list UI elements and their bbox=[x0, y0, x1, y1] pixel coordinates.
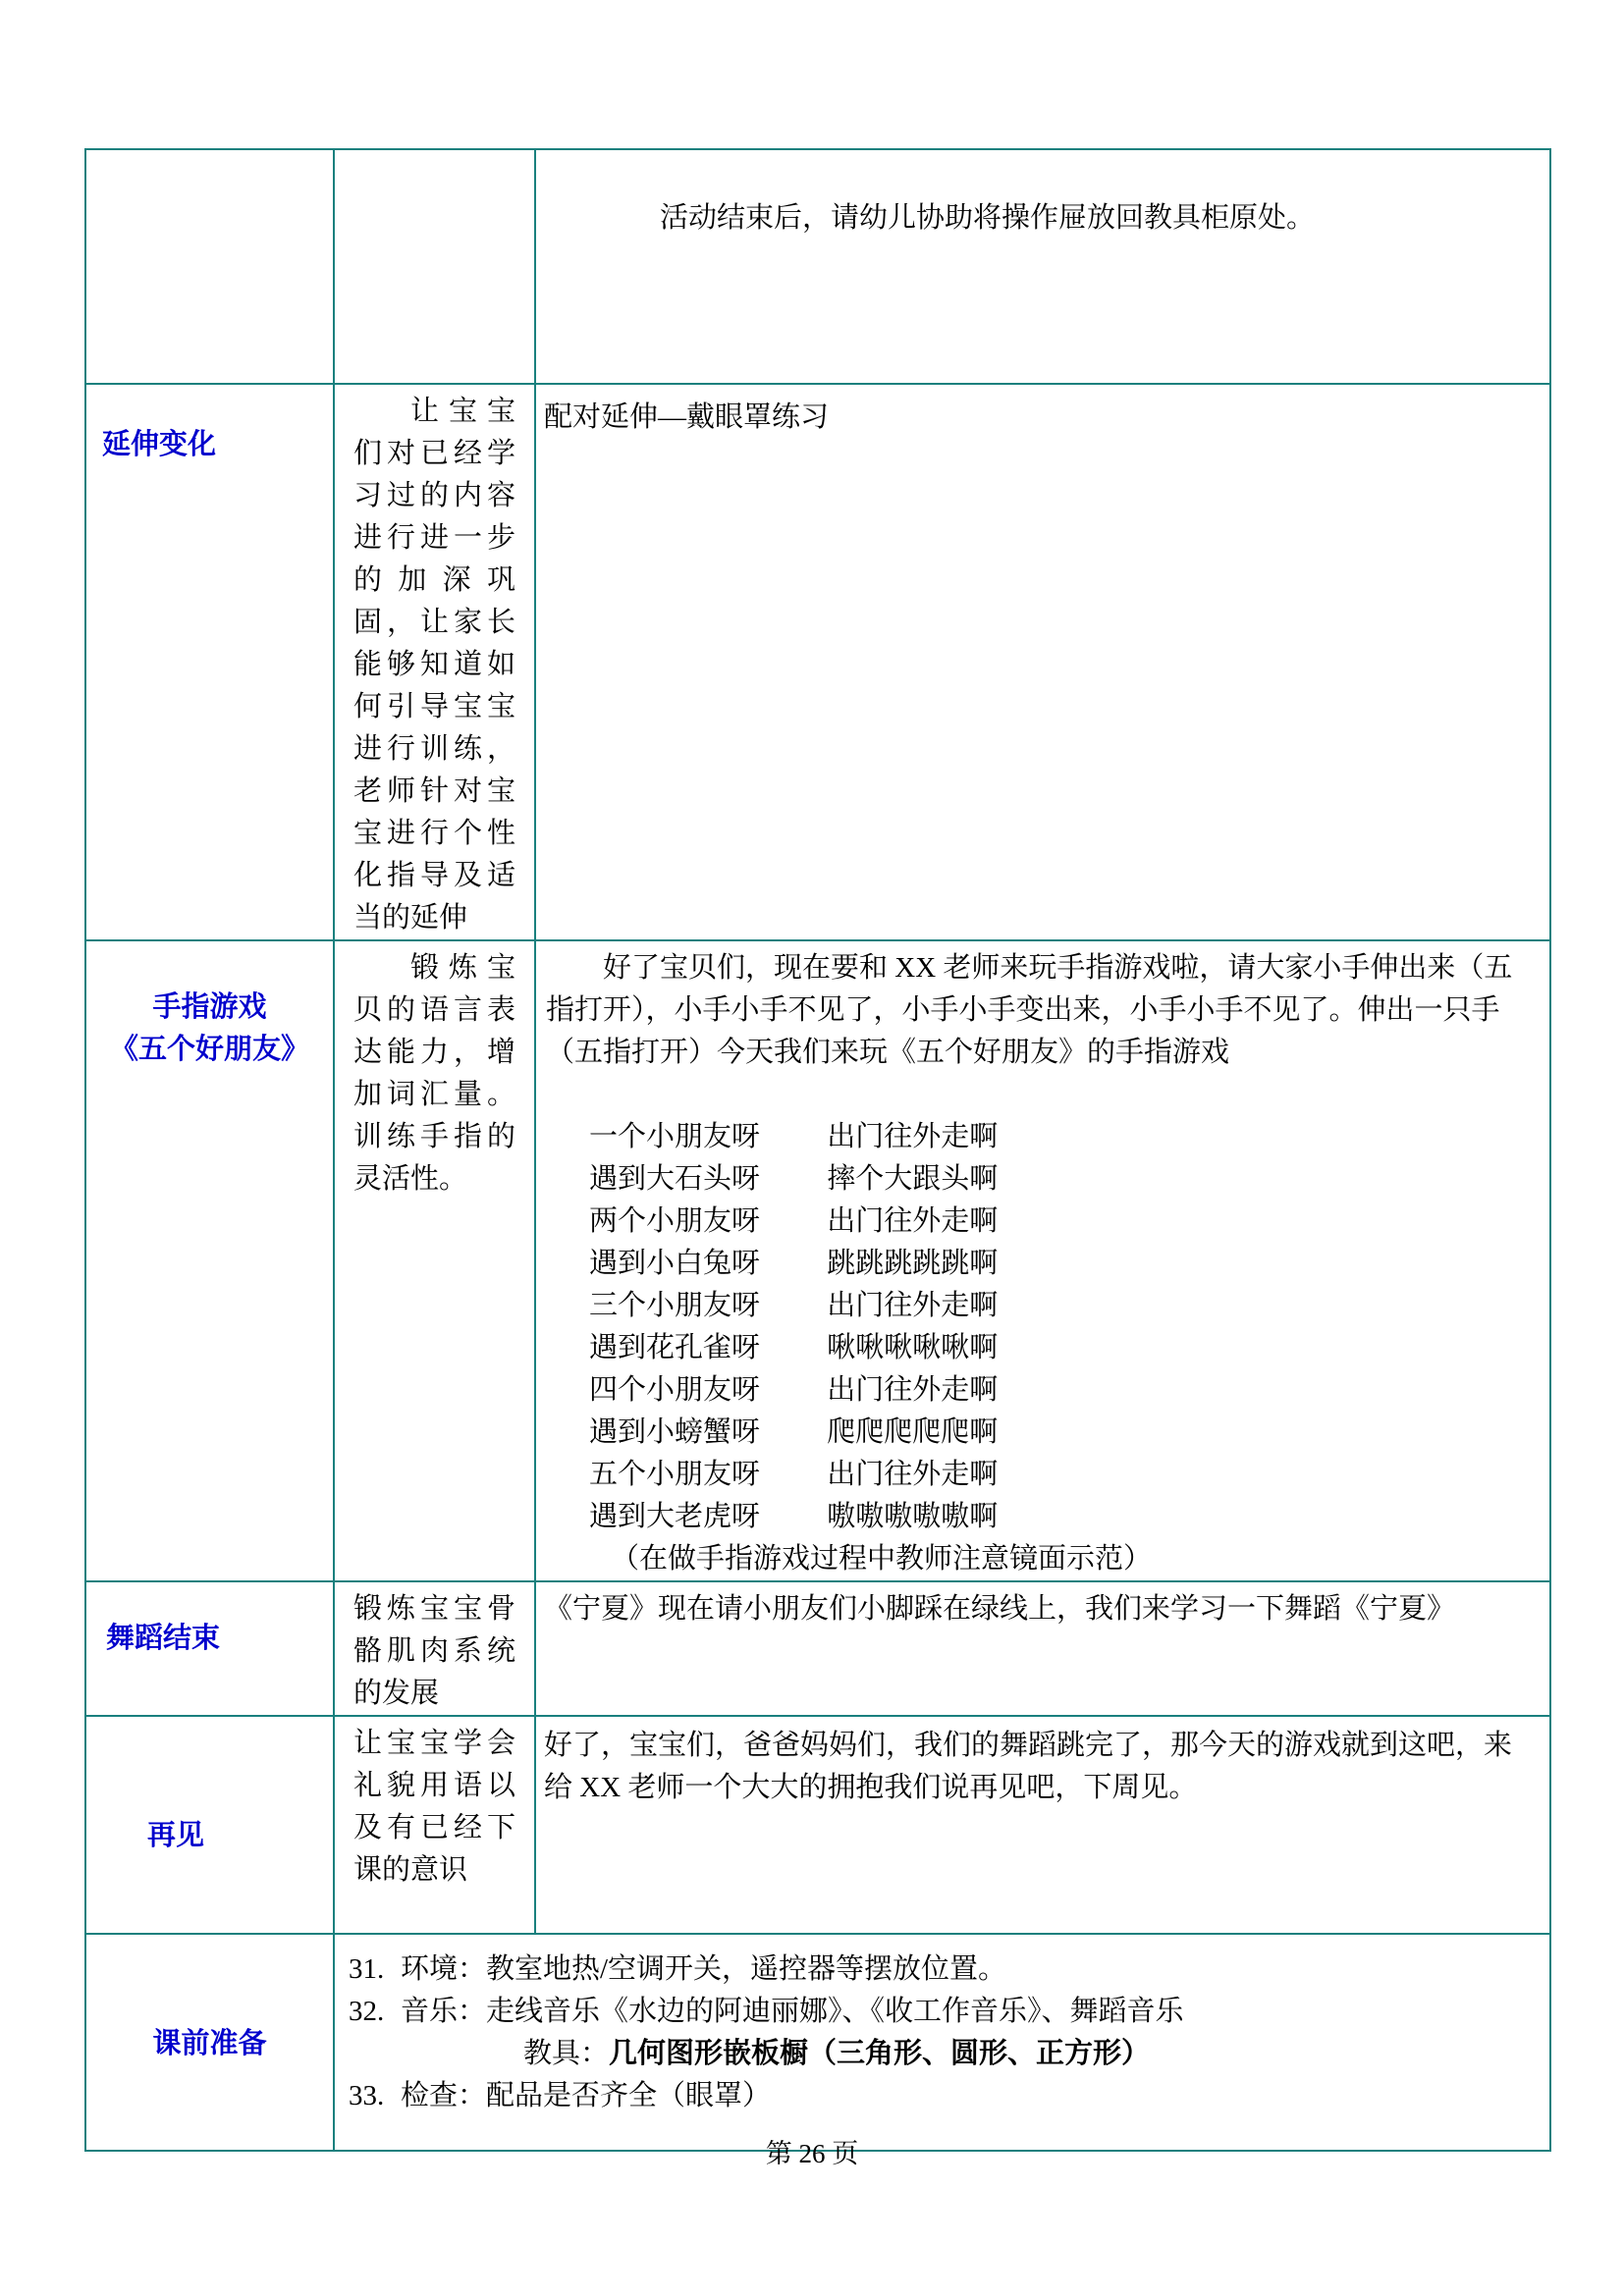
rhyme-call: 遇到大老虎呀 bbox=[589, 1496, 820, 1538]
rhyme-response: 出门往外走啊 bbox=[827, 1459, 998, 1490]
page: { "colors": { "table_border": "#1A807E",… bbox=[0, 0, 1624, 2296]
prep-item-number: 33. bbox=[349, 2075, 401, 2117]
header-cell-dance-end: 舞蹈结束 bbox=[85, 1581, 334, 1716]
goodbye-text: 好了，宝宝们，爸爸妈妈们，我们的舞蹈跳完了，那今天的游戏就到这吧，来给 XX 老… bbox=[544, 1730, 1512, 1803]
rhyme-call: 两个小朋友呀 bbox=[589, 1201, 820, 1243]
page-number: 第 26 页 bbox=[0, 2132, 1624, 2170]
rhyme-line: 一个小朋友呀 出门往外走啊 bbox=[546, 1116, 1534, 1158]
prep-item-text: 音乐：走线音乐《水边的阿迪丽娜》、《收工作音乐》、舞蹈音乐 bbox=[401, 1996, 1184, 2027]
rhyme-line: 遇到花孔雀呀 啾啾啾啾啾啊 bbox=[546, 1327, 1534, 1369]
prep-item: 教具：几何图形嵌板橱（三角形、圆形、正方形） bbox=[349, 2033, 1530, 2075]
rhyme-response: 摔个大跟头啊 bbox=[827, 1163, 998, 1195]
rhyme-line: 五个小朋友呀 出门往外走啊 bbox=[546, 1454, 1534, 1496]
rhyme-response: 爬爬爬爬爬啊 bbox=[827, 1416, 998, 1448]
lesson-plan-table: 活动结束后，请幼儿协助将操作屉放回教具柜原处。 延伸变化 让宝宝们对已经学习过的… bbox=[84, 148, 1551, 2152]
objective-cell-goodbye: 让宝宝学会礼貌用语以及有已经下课的意识 bbox=[334, 1716, 535, 1934]
rhyme-response: 出门往外走啊 bbox=[827, 1290, 998, 1321]
content-cell-finger-game: 好了宝贝们，现在要和 XX 老师来玩手指游戏啦，请大家小手伸出来（五指打开），小… bbox=[535, 940, 1550, 1581]
rhyme-call: 遇到小螃蟹呀 bbox=[589, 1412, 820, 1454]
table-row-dance-end: 舞蹈结束 锻炼宝宝骨骼肌肉系统的发展 《宁夏》现在请小朋友们小脚踩在绿线上，我们… bbox=[85, 1581, 1550, 1716]
table-row-goodbye: 再见 让宝宝学会礼貌用语以及有已经下课的意识 好了，宝宝们，爸爸妈妈们，我们的舞… bbox=[85, 1716, 1550, 1934]
rhyme-line: 遇到小螃蟹呀 爬爬爬爬爬啊 bbox=[546, 1412, 1534, 1454]
header-cell-finger-game: 手指游戏 《五个好朋友》 bbox=[85, 940, 334, 1581]
rhyme-call: 遇到小白兔呀 bbox=[589, 1243, 820, 1285]
table-row-extension: 延伸变化 让宝宝们对已经学习过的内容进行进一步的加深巩固，让家长能够知道如何引导… bbox=[85, 384, 1550, 940]
rhyme-line: 遇到大石头呀 摔个大跟头啊 bbox=[546, 1158, 1534, 1201]
objective-cell-extension: 让宝宝们对已经学习过的内容进行进一步的加深巩固，让家长能够知道如何引导宝宝进行训… bbox=[334, 384, 535, 940]
objective-cell-empty bbox=[334, 149, 535, 384]
prep-item-label: 教具： bbox=[523, 2038, 609, 2069]
prep-item-number: 32. bbox=[349, 1991, 401, 2033]
content-cell-preparation: 31.环境：教室地热/空调开关，遥控器等摆放位置。 32.音乐：走线音乐《水边的… bbox=[334, 1934, 1550, 2151]
table-row-finger-game: 手指游戏 《五个好朋友》 锻炼宝贝的语言表达能力，增加词汇量。训练手指的灵活性。… bbox=[85, 940, 1550, 1581]
prep-item: 32.音乐：走线音乐《水边的阿迪丽娜》、《收工作音乐》、舞蹈音乐 bbox=[349, 1991, 1530, 2033]
rhyme-response: 出门往外走啊 bbox=[827, 1374, 998, 1406]
rhyme-line: 四个小朋友呀 出门往外走啊 bbox=[546, 1369, 1534, 1412]
dance-end-text: 《宁夏》现在请小朋友们小脚踩在绿线上，我们来学习一下舞蹈《宁夏》 bbox=[544, 1593, 1455, 1625]
rhyme-line: 三个小朋友呀 出门往外走啊 bbox=[546, 1285, 1534, 1327]
activity-end-text: 活动结束后，请幼儿协助将操作屉放回教具柜原处。 bbox=[660, 202, 1315, 234]
content-cell-activity-end: 活动结束后，请幼儿协助将操作屉放回教具柜原处。 bbox=[535, 149, 1550, 384]
header-cell-preparation: 课前准备 bbox=[85, 1934, 334, 2151]
content-cell-dance-end: 《宁夏》现在请小朋友们小脚踩在绿线上，我们来学习一下舞蹈《宁夏》 bbox=[535, 1581, 1550, 1716]
rhyme-line: 遇到小白兔呀 跳跳跳跳跳啊 bbox=[546, 1243, 1534, 1285]
rhyme-response: 啾啾啾啾啾啊 bbox=[827, 1332, 998, 1363]
rhyme-line: 两个小朋友呀 出门往外走啊 bbox=[546, 1201, 1534, 1243]
rhyme-response: 嗷嗷嗷嗷嗷啊 bbox=[827, 1501, 998, 1532]
rhyme-call: 三个小朋友呀 bbox=[589, 1285, 820, 1327]
prep-item-text: 环境：教室地热/空调开关，遥控器等摆放位置。 bbox=[401, 1953, 1006, 1985]
finger-game-intro: 好了宝贝们，现在要和 XX 老师来玩手指游戏啦，请大家小手伸出来（五指打开），小… bbox=[546, 947, 1534, 1074]
prep-item-text: 检查：配品是否齐全（眼罩） bbox=[401, 2080, 771, 2111]
prep-item-text-bold: 几何图形嵌板橱（三角形、圆形、正方形） bbox=[609, 2038, 1150, 2069]
rhyme-call: 遇到花孔雀呀 bbox=[589, 1327, 820, 1369]
rhyme-call: 一个小朋友呀 bbox=[589, 1116, 820, 1158]
objective-cell-dance-end: 锻炼宝宝骨骼肌肉系统的发展 bbox=[334, 1581, 535, 1716]
table-row-activity-end: 活动结束后，请幼儿协助将操作屉放回教具柜原处。 bbox=[85, 149, 1550, 384]
pairing-extension-text: 配对延伸—戴眼罩练习 bbox=[544, 401, 829, 433]
rhyme-response: 跳跳跳跳跳啊 bbox=[827, 1248, 998, 1279]
objective-cell-finger-game: 锻炼宝贝的语言表达能力，增加词汇量。训练手指的灵活性。 bbox=[334, 940, 535, 1581]
rhyme-call: 五个小朋友呀 bbox=[589, 1454, 820, 1496]
rhyme-response: 出门往外走啊 bbox=[827, 1205, 998, 1237]
rhyme-call: 遇到大石头呀 bbox=[589, 1158, 820, 1201]
rhyme-line: 遇到大老虎呀 嗷嗷嗷嗷嗷啊 bbox=[546, 1496, 1534, 1538]
rhyme-call: 四个小朋友呀 bbox=[589, 1369, 820, 1412]
prep-item: 33.检查：配品是否齐全（眼罩） bbox=[349, 2075, 1530, 2117]
finger-game-subtitle: 《五个好朋友》 bbox=[90, 1029, 329, 1071]
content-cell-goodbye: 好了，宝宝们，爸爸妈妈们，我们的舞蹈跳完了，那今天的游戏就到这吧，来给 XX 老… bbox=[535, 1716, 1550, 1934]
prep-item-number: 31. bbox=[349, 1949, 401, 1991]
rhyme-block: 一个小朋友呀 出门往外走啊 遇到大石头呀 摔个大跟头啊 两个小朋友呀 出门往外走… bbox=[546, 1116, 1534, 1538]
header-cell-extension: 延伸变化 bbox=[85, 384, 334, 940]
content-cell-extension: 配对延伸—戴眼罩练习 bbox=[535, 384, 1550, 940]
mirror-demo-note: （在做手指游戏过程中教师注意镜面示范） bbox=[546, 1538, 1534, 1580]
header-cell-goodbye: 再见 bbox=[85, 1716, 334, 1934]
prep-item: 31.环境：教室地热/空调开关，遥控器等摆放位置。 bbox=[349, 1949, 1530, 1991]
header-cell-empty bbox=[85, 149, 334, 384]
rhyme-response: 出门往外走啊 bbox=[827, 1121, 998, 1152]
finger-game-title: 手指游戏 bbox=[90, 987, 329, 1029]
table-row-preparation: 课前准备 31.环境：教室地热/空调开关，遥控器等摆放位置。 32.音乐：走线音… bbox=[85, 1934, 1550, 2151]
